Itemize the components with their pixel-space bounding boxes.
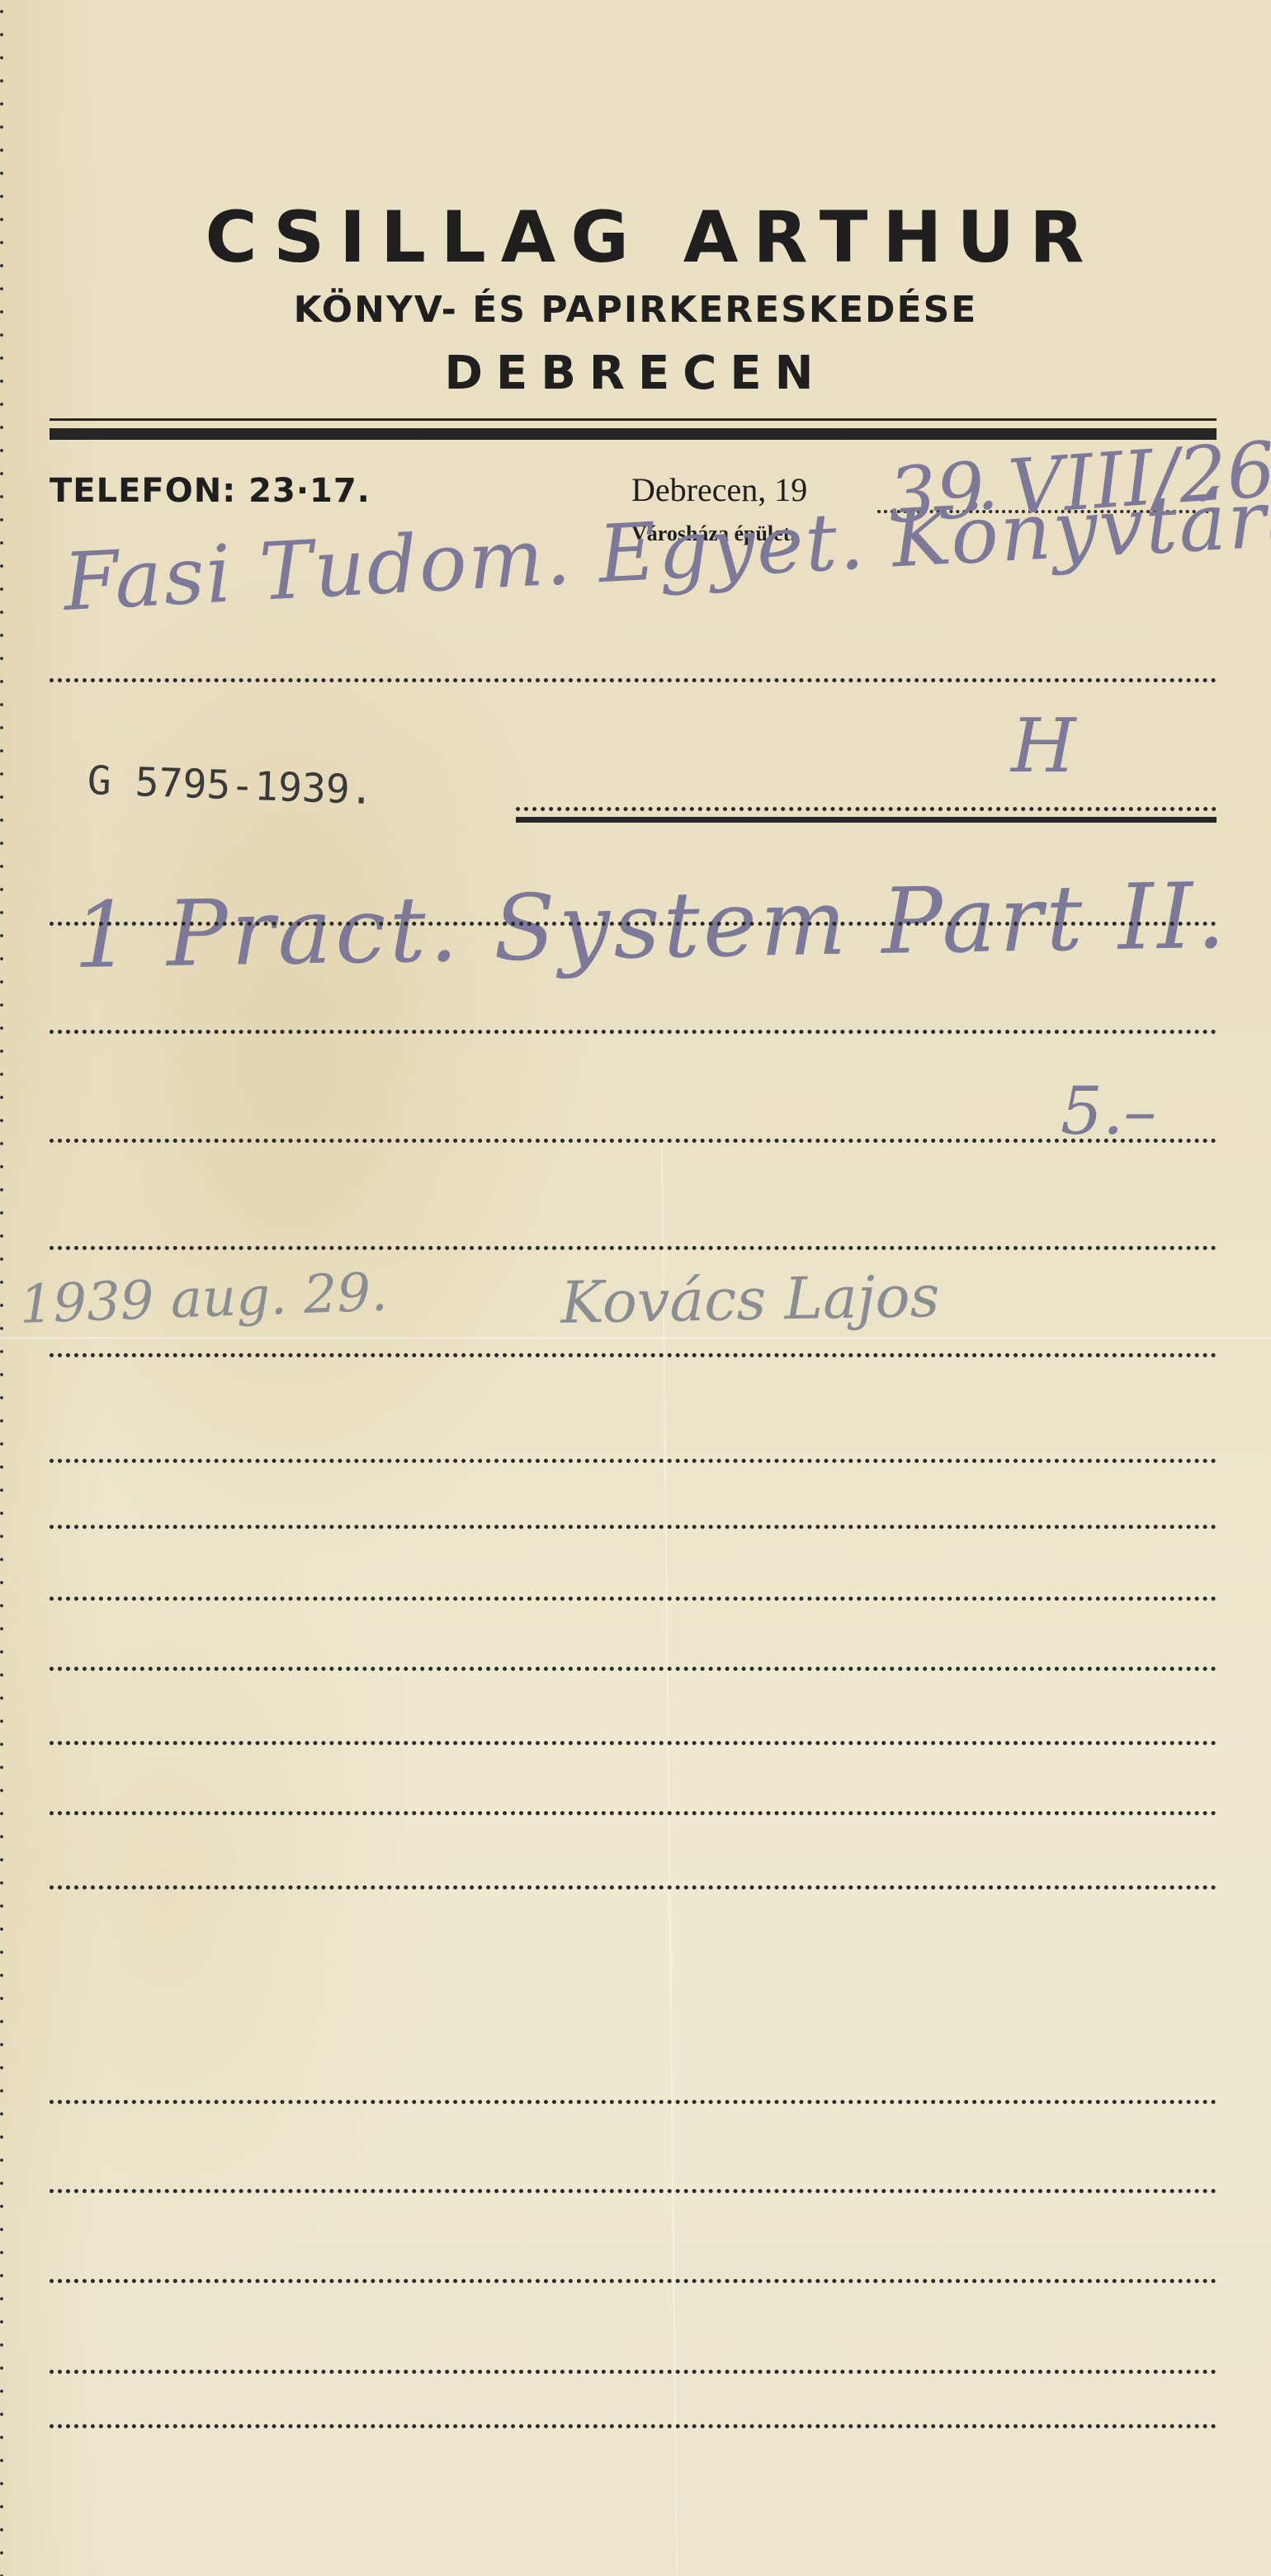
- handwritten-recipient-suffix: H: [1011, 703, 1076, 790]
- handwritten-signature: Kovács Lajos: [560, 1262, 941, 1337]
- ruled-line: [50, 1139, 1217, 1143]
- ruled-line: [50, 1597, 1217, 1601]
- ruled-line: [50, 922, 1217, 926]
- letterhead-rule-thick: [50, 428, 1217, 440]
- ruled-line: [50, 2279, 1217, 2283]
- handwritten-received-date: 1939 aug. 29.: [18, 1262, 388, 1336]
- ruled-line: [50, 1741, 1217, 1745]
- ruled-line: [50, 1525, 1217, 1529]
- ruled-line: [50, 2189, 1217, 2193]
- ruled-line: [50, 1885, 1217, 1890]
- ruled-line: [50, 1246, 1217, 1250]
- ruled-line: [50, 1459, 1217, 1463]
- ruled-line-solid: [516, 817, 1217, 823]
- handwritten-reference-number: G 5795-1939.: [87, 757, 375, 814]
- ruled-line: [50, 2100, 1217, 2104]
- telephone-number: TELEFON: 23·17.: [50, 472, 371, 510]
- ruled-line: [50, 1811, 1217, 1815]
- letterhead-city: DEBRECEN: [0, 347, 1271, 400]
- ruled-line: [50, 678, 1217, 682]
- company-name: CSILLAG ARTHUR: [0, 196, 1271, 279]
- ruled-line: [50, 2370, 1217, 2374]
- ruled-line: [50, 1353, 1217, 1357]
- business-type: KÖNYV- ÉS PAPIRKERESKEDÉSE: [0, 289, 1271, 331]
- ruled-line: [50, 2424, 1217, 2428]
- letterhead-rule-thin: [50, 418, 1217, 421]
- horizontal-fold-crease: [0, 1337, 1271, 1339]
- ruled-line: [516, 807, 1217, 811]
- ruled-line: [50, 1030, 1217, 1034]
- ruled-line: [50, 1667, 1217, 1671]
